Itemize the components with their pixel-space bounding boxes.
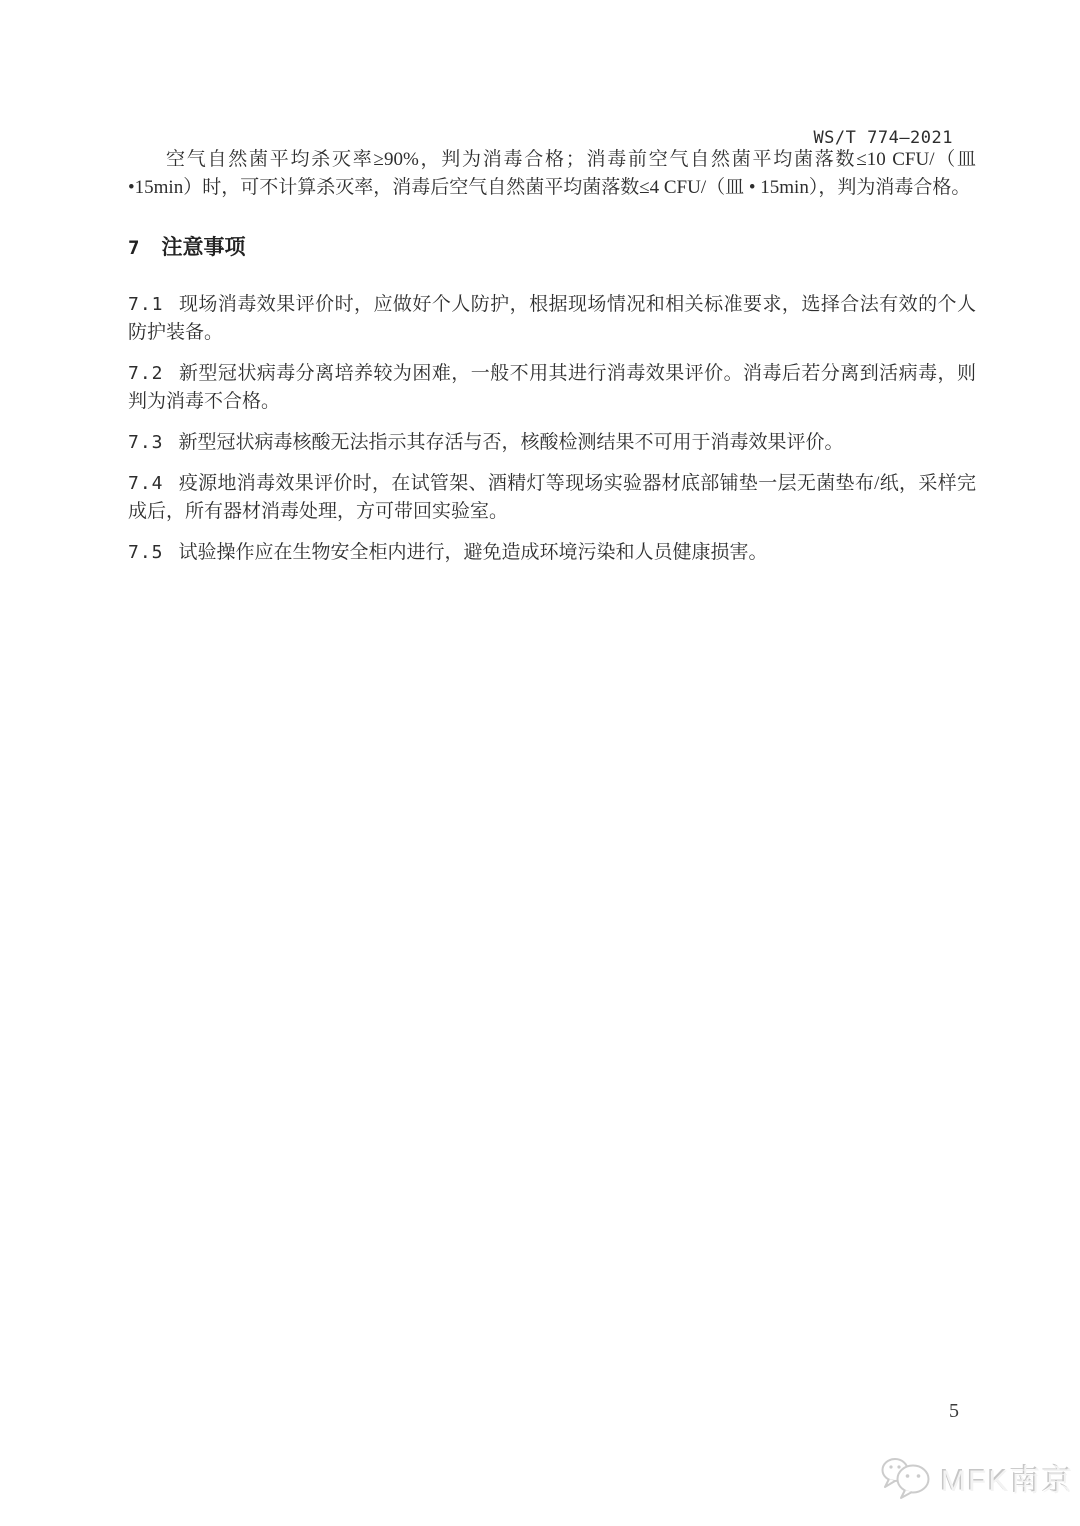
clause-text: 疫源地消毒效果评价时，在试管架、酒精灯等现场实验器材底部铺垫一层无菌垫布/纸，采… [128, 473, 976, 522]
clause-text: 新型冠状病毒分离培养较为困难，一般不用其进行消毒效果评价。消毒后若分离到活病毒，… [128, 363, 976, 412]
document-body: 空气自然菌平均杀灭率≥90%，判为消毒合格；消毒前空气自然菌平均菌落数≤10 C… [128, 146, 976, 567]
watermark-label: MFK南京 [941, 1456, 1074, 1500]
page-number: 5 [932, 1400, 976, 1423]
document-page: WS/T 774—2021 空气自然菌平均杀灭率≥90%，判为消毒合格；消毒前空… [0, 0, 1080, 1526]
watermark: MFK南京 [880, 1456, 1074, 1500]
wechat-icon [880, 1456, 934, 1500]
section-title: 注意事项 [161, 236, 245, 259]
clause-text: 现场消毒效果评价时，应做好个人防护，根据现场情况和相关标准要求，选择合法有效的个… [128, 294, 976, 343]
section-number: 7 [128, 234, 139, 262]
section-heading: 7注意事项 [128, 234, 976, 262]
clause-number: 7.2 [128, 363, 164, 384]
clause-text: 新型冠状病毒核酸无法指示其存活与否，核酸检测结果不可用于消毒效果评价。 [179, 432, 844, 453]
clause-number: 7.5 [128, 542, 164, 563]
clause-7-1: 7.1现场消毒效果评价时，应做好个人防护，根据现场情况和相关标准要求，选择合法有… [128, 291, 976, 347]
clause-7-4: 7.4疫源地消毒效果评价时，在试管架、酒精灯等现场实验器材底部铺垫一层无菌垫布/… [128, 470, 976, 526]
clause-7-3: 7.3新型冠状病毒核酸无法指示其存活与否，核酸检测结果不可用于消毒效果评价。 [128, 429, 976, 457]
clause-number: 7.1 [128, 294, 164, 315]
clause-7-5: 7.5试验操作应在生物安全柜内进行，避免造成环境污染和人员健康损害。 [128, 539, 976, 567]
clause-number: 7.4 [128, 473, 164, 494]
standard-code-header: WS/T 774—2021 [0, 128, 953, 148]
clause-text: 试验操作应在生物安全柜内进行，避免造成环境污染和人员健康损害。 [179, 542, 768, 563]
intro-paragraph: 空气自然菌平均杀灭率≥90%，判为消毒合格；消毒前空气自然菌平均菌落数≤10 C… [128, 146, 976, 202]
clause-number: 7.3 [128, 432, 164, 453]
clause-7-2: 7.2新型冠状病毒分离培养较为困难，一般不用其进行消毒效果评价。消毒后若分离到活… [128, 360, 976, 416]
